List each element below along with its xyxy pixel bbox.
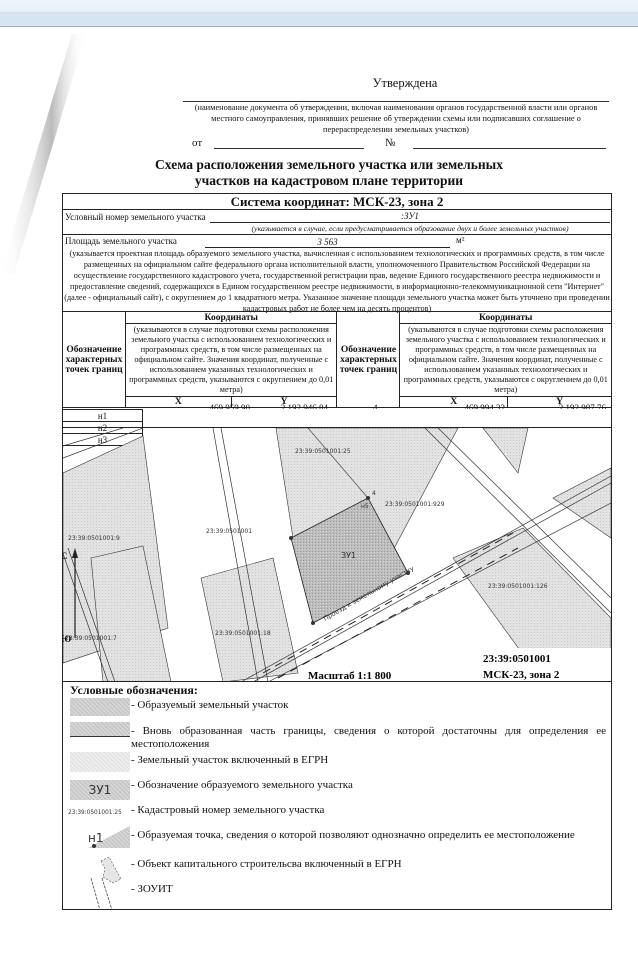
coords-header-left: Координаты — [126, 312, 337, 324]
cadastral-label: 23:39:0501001:25 — [295, 448, 351, 455]
area-value: 3 563 — [205, 237, 450, 247]
coords-note-left: (указываются в случае подготовки схемы р… — [126, 324, 337, 397]
formed-parcel-swatch-icon — [70, 698, 130, 716]
parcel-number-note: (указывается в случае, если предусматрив… — [210, 224, 610, 233]
point-label: н5 — [361, 503, 369, 510]
y-value-right: 2 192 987.76 — [530, 404, 606, 409]
parcel-designation-swatch-icon: ЗУ1 — [70, 780, 130, 800]
legend-item: - Кадастровый номер земельного участка — [131, 804, 324, 817]
viewer-toolbar — [0, 0, 638, 27]
cadastral-number-swatch-icon: 23:39:0501001:25 — [68, 810, 130, 816]
legend-title: Условные обозначения: — [70, 683, 198, 698]
points-header-left: Обозначение характерных точек границ — [63, 312, 126, 408]
point-marker-icon — [92, 844, 96, 848]
legend-item: - Объект капитального строительсва включ… — [131, 858, 402, 871]
cadastral-label: 23:39:0501001:126 — [488, 583, 548, 590]
x-value: 469 959.90 — [190, 404, 250, 409]
cadastral-label: 23:39:0501001:18 — [215, 630, 271, 637]
table-row: н1 — [63, 410, 143, 422]
cadastral-label: 23:39:0501001:9 — [68, 535, 120, 542]
cadastral-label: 23:39:0501001 — [206, 528, 252, 535]
parcel-east — [553, 468, 611, 538]
quarter-zone: МСК-23, зона 2 — [483, 669, 560, 681]
legend-item: - Образуемый земельный участок — [131, 699, 288, 712]
date-line — [214, 148, 364, 149]
document-title: Схема расположения земельного участка ил… — [120, 157, 538, 189]
south-label: Ю — [63, 634, 71, 644]
approved-label: Утверждена — [340, 76, 470, 91]
coords-header-right: Координаты — [400, 312, 611, 324]
area-note: (указывается проектная площадь образуемо… — [64, 248, 610, 314]
parcel-number-value: :ЗУ1 — [210, 211, 610, 221]
north-label: С — [63, 551, 68, 561]
parcel-number-label: Условный номер земельного участка — [65, 212, 206, 222]
coordinates-table: Обозначение характерных точек границ Коо… — [63, 311, 611, 408]
coordinate-system-title: Система координат: МСК-23, зона 2 — [63, 194, 611, 210]
divider — [63, 234, 611, 235]
number-line — [413, 148, 606, 149]
parcel-number-line — [210, 222, 610, 223]
points-header-right: Обозначение характерных точек границ — [337, 312, 400, 408]
number-label: № — [385, 137, 396, 149]
map-drawing: 23:39:0501001:9 23:39:0501001:25 23:39:0… — [63, 428, 611, 682]
egrn-parcel-swatch-icon — [70, 752, 130, 772]
parcel-ne — [483, 428, 528, 473]
cadastral-label: 23:39:0501001:7 — [65, 635, 117, 642]
legend-item: - Земельный участок включенный в ЕГРН — [131, 754, 328, 767]
coords-note-right: (указываются в случае подготовки схемы р… — [400, 324, 611, 397]
x-value-right: 469 994.32 — [445, 404, 505, 409]
quarter-number: 23:39:0501001 — [483, 653, 551, 665]
title-line-1: Схема расположения земельного участка ил… — [120, 157, 538, 173]
parcel-label-zu1: ЗУ1 — [341, 551, 356, 560]
from-label: от — [192, 137, 202, 149]
approval-note: (наименование документа об утверждении, … — [178, 102, 614, 135]
title-line-2: участков на кадастровом плане территории — [120, 173, 538, 189]
zouit-swatch-icon — [88, 878, 118, 910]
point-id-right: 4 — [373, 404, 383, 409]
legend-item: - ЗОУИТ — [131, 883, 173, 896]
legend-item: - Образуемая точка, сведения о которой п… — [131, 829, 606, 842]
new-boundary-swatch-icon — [70, 722, 130, 737]
point-id: н1 — [63, 410, 143, 422]
legend-item: - Вновь образованная часть границы, свед… — [131, 725, 606, 751]
formed-point-swatch-icon: н1 — [88, 831, 103, 845]
parcel-18 — [201, 558, 298, 682]
cadastral-label: 23:39:0501001:929 — [385, 501, 445, 508]
legend-item: - Обозначение образуемого земельного уча… — [131, 779, 353, 792]
map-bottom-border — [63, 681, 611, 682]
cadastral-map: 23:39:0501001:9 23:39:0501001:25 23:39:0… — [63, 427, 611, 682]
y-value: 2 192 946.84 — [260, 404, 328, 409]
area-unit: м² — [456, 235, 464, 245]
area-label: Площадь земельного участка — [65, 236, 177, 246]
point-label: 4 — [372, 490, 376, 497]
